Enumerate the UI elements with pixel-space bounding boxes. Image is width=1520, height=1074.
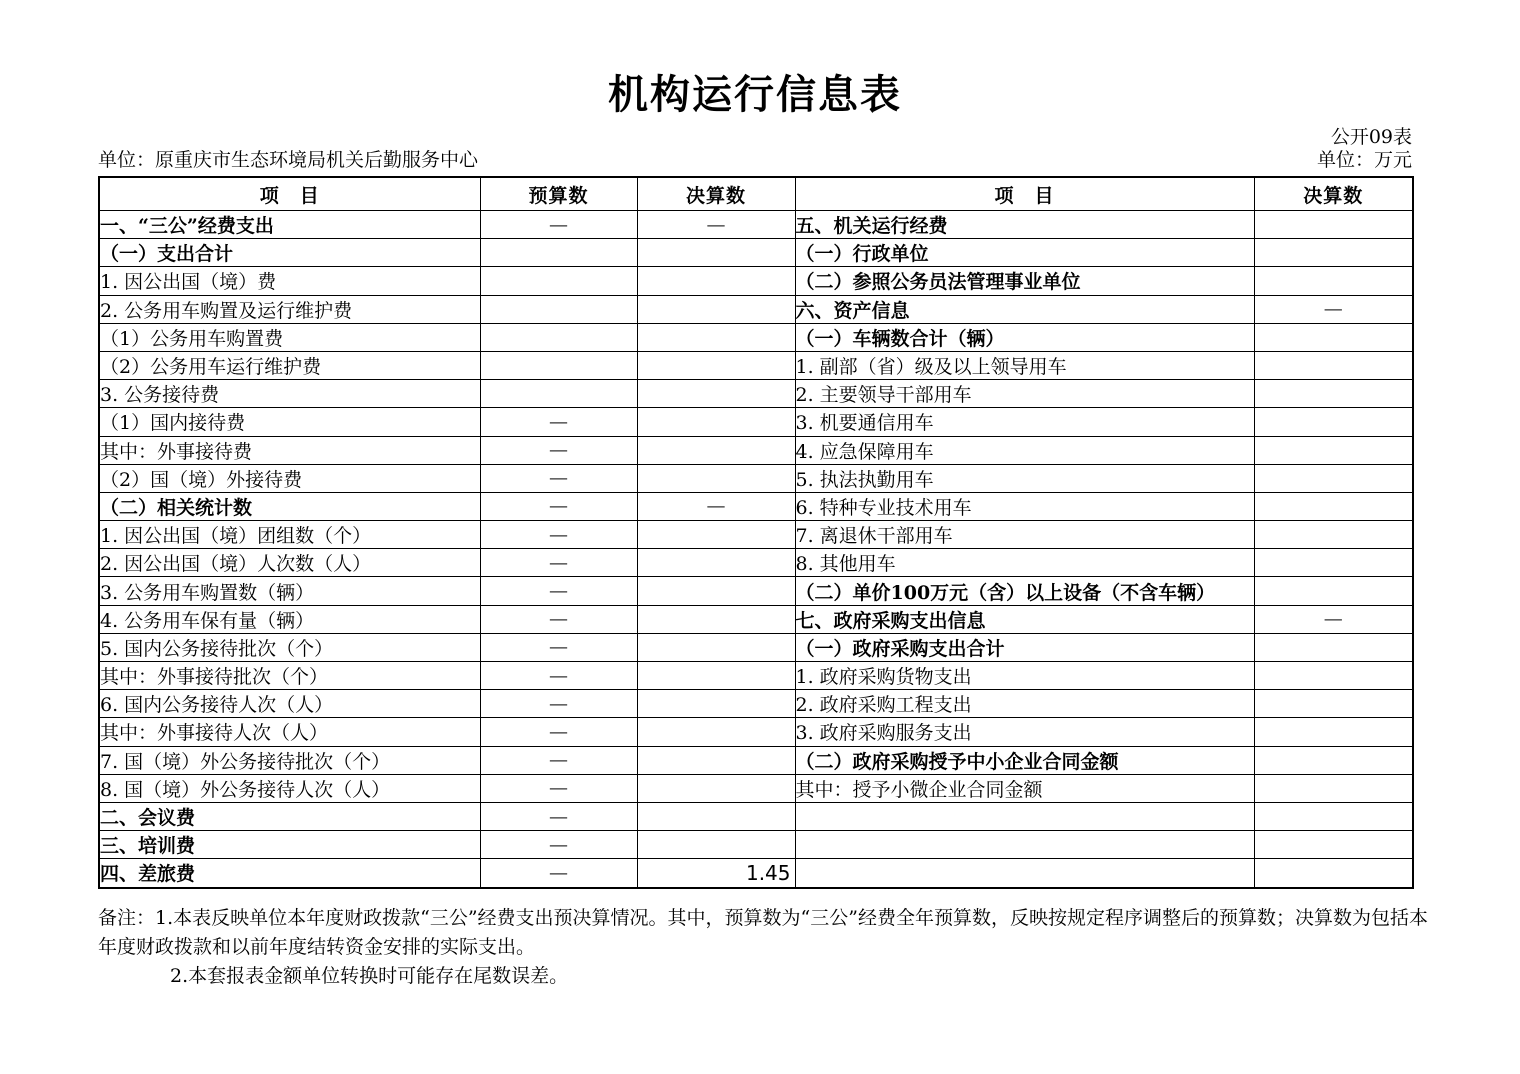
header-row: 项 目 预算数 决算数 项 目 决算数	[99, 177, 1413, 211]
item-label-left: 4. 公务用车保有量（辆）	[99, 605, 480, 633]
table-row: （二）相关统计数——6. 特种专业技术用车	[99, 492, 1413, 520]
final-value-left	[637, 802, 795, 830]
final-value-right	[1254, 718, 1413, 746]
budget-value: —	[480, 492, 637, 520]
budget-value	[480, 380, 637, 408]
item-label-right: 五、机关运行经费	[795, 211, 1254, 239]
table-row: （2）国（境）外接待费—5. 执法执勤用车	[99, 464, 1413, 492]
final-value-right	[1254, 774, 1413, 802]
final-value-right	[1254, 408, 1413, 436]
item-label-right	[795, 831, 1254, 859]
item-label-right: （一）车辆数合计（辆）	[795, 323, 1254, 351]
column-header-budget: 预算数	[480, 177, 637, 211]
item-label-left: 6. 国内公务接待人次（人）	[99, 690, 480, 718]
final-value-right	[1254, 351, 1413, 379]
item-label-left: （2）国（境）外接待费	[99, 464, 480, 492]
final-value-left	[637, 605, 795, 633]
unit-name-label: 单位：原重庆市生态环境局机关后勤服务中心	[98, 148, 478, 172]
budget-value	[480, 295, 637, 323]
item-label-left: 二、会议费	[99, 802, 480, 830]
budget-value: —	[480, 718, 637, 746]
column-header-item-right: 项 目	[795, 177, 1254, 211]
final-value-right	[1254, 802, 1413, 830]
final-value-left	[637, 408, 795, 436]
item-label-left: （1）公务用车购置费	[99, 323, 480, 351]
final-value-left	[637, 239, 795, 267]
table-row: （1）公务用车购置费（一）车辆数合计（辆）	[99, 323, 1413, 351]
item-label-left: 7. 国（境）外公务接待批次（个）	[99, 746, 480, 774]
budget-value	[480, 323, 637, 351]
item-label-left: 其中：外事接待人次（人）	[99, 718, 480, 746]
final-value-right	[1254, 380, 1413, 408]
final-value-right	[1254, 464, 1413, 492]
final-value-right	[1254, 267, 1413, 295]
final-value-right	[1254, 662, 1413, 690]
final-value-right	[1254, 549, 1413, 577]
final-value-left	[637, 267, 795, 295]
budget-value: —	[480, 211, 637, 239]
table-row: 4. 公务用车保有量（辆）—七、政府采购支出信息—	[99, 605, 1413, 633]
final-value-left	[637, 351, 795, 379]
budget-value: —	[480, 436, 637, 464]
final-value-right	[1254, 239, 1413, 267]
item-label-left: 5. 国内公务接待批次（个）	[99, 633, 480, 661]
note-line-2: 年度财政拨款和以前年度结转资金安排的实际支出。	[98, 933, 1450, 962]
table-row: （1）国内接待费—3. 机要通信用车	[99, 408, 1413, 436]
item-label-left: 1. 因公出国（境）费	[99, 267, 480, 295]
final-value-left	[637, 436, 795, 464]
item-label-right	[795, 802, 1254, 830]
item-label-left: 1. 因公出国（境）团组数（个）	[99, 521, 480, 549]
budget-value	[480, 267, 637, 295]
final-value-left	[637, 577, 795, 605]
note-line-1: 备注：1.本表反映单位本年度财政拨款“三公”经费支出预决算情况。其中，预算数为“…	[98, 904, 1450, 933]
final-value-right	[1254, 436, 1413, 464]
budget-value: —	[480, 549, 637, 577]
item-label-right: 其中：授予小微企业合同金额	[795, 774, 1254, 802]
form-code-label: 公开09表	[98, 126, 1412, 148]
table-row: （一）支出合计（一）行政单位	[99, 239, 1413, 267]
final-value-left	[637, 746, 795, 774]
item-label-right: 3. 机要通信用车	[795, 408, 1254, 436]
final-value-left	[637, 521, 795, 549]
item-label-left: 2. 公务用车购置及运行维护费	[99, 295, 480, 323]
item-label-right: （二）参照公务员法管理事业单位	[795, 267, 1254, 295]
item-label-right	[795, 859, 1254, 888]
budget-value	[480, 351, 637, 379]
budget-value: —	[480, 690, 637, 718]
final-value-left	[637, 690, 795, 718]
budget-value: —	[480, 802, 637, 830]
page-title: 机构运行信息表	[98, 72, 1412, 118]
item-label-right: （一）行政单位	[795, 239, 1254, 267]
final-value-left	[637, 662, 795, 690]
table-row: 三、培训费—	[99, 831, 1413, 859]
budget-value: —	[480, 831, 637, 859]
footnotes: 备注：1.本表反映单位本年度财政拨款“三公”经费支出预决算情况。其中，预算数为“…	[98, 904, 1450, 991]
item-label-right: （一）政府采购支出合计	[795, 633, 1254, 661]
table-body: 一、“三公”经费支出——五、机关运行经费（一）支出合计（一）行政单位1. 因公出…	[99, 211, 1413, 888]
budget-value: —	[480, 859, 637, 888]
table-row: 8. 国（境）外公务接待人次（人）—其中：授予小微企业合同金额	[99, 774, 1413, 802]
final-value-left	[637, 633, 795, 661]
item-label-left: 一、“三公”经费支出	[99, 211, 480, 239]
table-row: 3. 公务接待费2. 主要领导干部用车	[99, 380, 1413, 408]
budget-value: —	[480, 577, 637, 605]
final-value-left	[637, 464, 795, 492]
table-row: 5. 国内公务接待批次（个）—（一）政府采购支出合计	[99, 633, 1413, 661]
final-value-right	[1254, 746, 1413, 774]
item-label-right: 7. 离退休干部用车	[795, 521, 1254, 549]
budget-value: —	[480, 521, 637, 549]
table-row: 1. 因公出国（境）团组数（个）—7. 离退休干部用车	[99, 521, 1413, 549]
final-value-left: —	[637, 211, 795, 239]
item-label-right: 六、资产信息	[795, 295, 1254, 323]
final-value-left	[637, 718, 795, 746]
table-row: 其中：外事接待费—4. 应急保障用车	[99, 436, 1413, 464]
final-value-left	[637, 549, 795, 577]
table-row: 2. 因公出国（境）人次数（人）—8. 其他用车	[99, 549, 1413, 577]
table-row: 6. 国内公务接待人次（人）—2. 政府采购工程支出	[99, 690, 1413, 718]
final-value-left	[637, 380, 795, 408]
item-label-left: （1）国内接待费	[99, 408, 480, 436]
item-label-right: 七、政府采购支出信息	[795, 605, 1254, 633]
final-value-right	[1254, 577, 1413, 605]
note-line-3: 2.本套报表金额单位转换时可能存在尾数误差。	[170, 962, 1450, 991]
item-label-right: 2. 主要领导干部用车	[795, 380, 1254, 408]
item-label-left: 四、差旅费	[99, 859, 480, 888]
final-value-left: 1.45	[637, 859, 795, 888]
budget-value: —	[480, 633, 637, 661]
final-value-left	[637, 295, 795, 323]
document-content: 机构运行信息表 公开09表 单位：原重庆市生态环境局机关后勤服务中心 单位：万元…	[98, 0, 1412, 991]
final-value-right	[1254, 323, 1413, 351]
item-label-left: 2. 因公出国（境）人次数（人）	[99, 549, 480, 577]
item-label-right: （二）单价100万元（含）以上设备（不含车辆）	[795, 577, 1254, 605]
unit-currency-label: 单位：万元	[1317, 148, 1412, 172]
item-label-right: （二）政府采购授予中小企业合同金额	[795, 746, 1254, 774]
final-value-right	[1254, 859, 1413, 888]
item-label-left: 3. 公务用车购置数（辆）	[99, 577, 480, 605]
item-label-left: （2）公务用车运行维护费	[99, 351, 480, 379]
budget-value: —	[480, 408, 637, 436]
table-row: 其中：外事接待批次（个）—1. 政府采购货物支出	[99, 662, 1413, 690]
final-value-right	[1254, 633, 1413, 661]
budget-value: —	[480, 605, 637, 633]
item-label-right: 4. 应急保障用车	[795, 436, 1254, 464]
final-value-right: —	[1254, 295, 1413, 323]
budget-info-table: 项 目 预算数 决算数 项 目 决算数 一、“三公”经费支出——五、机关运行经费…	[98, 176, 1414, 889]
table-row: 7. 国（境）外公务接待批次（个）—（二）政府采购授予中小企业合同金额	[99, 746, 1413, 774]
budget-value: —	[480, 774, 637, 802]
table-row: 二、会议费—	[99, 802, 1413, 830]
column-header-final-right: 决算数	[1254, 177, 1413, 211]
item-label-right: 5. 执法执勤用车	[795, 464, 1254, 492]
item-label-left: （二）相关统计数	[99, 492, 480, 520]
final-value-right	[1254, 492, 1413, 520]
table-header: 项 目 预算数 决算数 项 目 决算数	[99, 177, 1413, 211]
unit-row: 单位：原重庆市生态环境局机关后勤服务中心 单位：万元	[98, 148, 1412, 172]
final-value-right: —	[1254, 605, 1413, 633]
final-value-right	[1254, 690, 1413, 718]
item-label-right: 3. 政府采购服务支出	[795, 718, 1254, 746]
table-row: 2. 公务用车购置及运行维护费六、资产信息—	[99, 295, 1413, 323]
table-row: 四、差旅费—1.45	[99, 859, 1413, 888]
final-value-left	[637, 323, 795, 351]
item-label-right: 8. 其他用车	[795, 549, 1254, 577]
item-label-left: （一）支出合计	[99, 239, 480, 267]
item-label-right: 1. 政府采购货物支出	[795, 662, 1254, 690]
final-value-left	[637, 831, 795, 859]
page: 机构运行信息表 公开09表 单位：原重庆市生态环境局机关后勤服务中心 单位：万元…	[0, 0, 1520, 1074]
item-label-right: 2. 政府采购工程支出	[795, 690, 1254, 718]
table-row: （2）公务用车运行维护费1. 副部（省）级及以上领导用车	[99, 351, 1413, 379]
budget-value: —	[480, 464, 637, 492]
budget-value: —	[480, 662, 637, 690]
item-label-right: 1. 副部（省）级及以上领导用车	[795, 351, 1254, 379]
budget-value	[480, 239, 637, 267]
final-value-right	[1254, 521, 1413, 549]
item-label-left: 3. 公务接待费	[99, 380, 480, 408]
item-label-left: 三、培训费	[99, 831, 480, 859]
table-row: 其中：外事接待人次（人）—3. 政府采购服务支出	[99, 718, 1413, 746]
final-value-right	[1254, 211, 1413, 239]
final-value-right	[1254, 831, 1413, 859]
column-header-item-left: 项 目	[99, 177, 480, 211]
item-label-left: 8. 国（境）外公务接待人次（人）	[99, 774, 480, 802]
table-row: 1. 因公出国（境）费（二）参照公务员法管理事业单位	[99, 267, 1413, 295]
item-label-left: 其中：外事接待费	[99, 436, 480, 464]
table-row: 一、“三公”经费支出——五、机关运行经费	[99, 211, 1413, 239]
table-row: 3. 公务用车购置数（辆）—（二）单价100万元（含）以上设备（不含车辆）	[99, 577, 1413, 605]
final-value-left	[637, 774, 795, 802]
final-value-left: —	[637, 492, 795, 520]
budget-value: —	[480, 746, 637, 774]
column-header-final-left: 决算数	[637, 177, 795, 211]
item-label-left: 其中：外事接待批次（个）	[99, 662, 480, 690]
item-label-right: 6. 特种专业技术用车	[795, 492, 1254, 520]
